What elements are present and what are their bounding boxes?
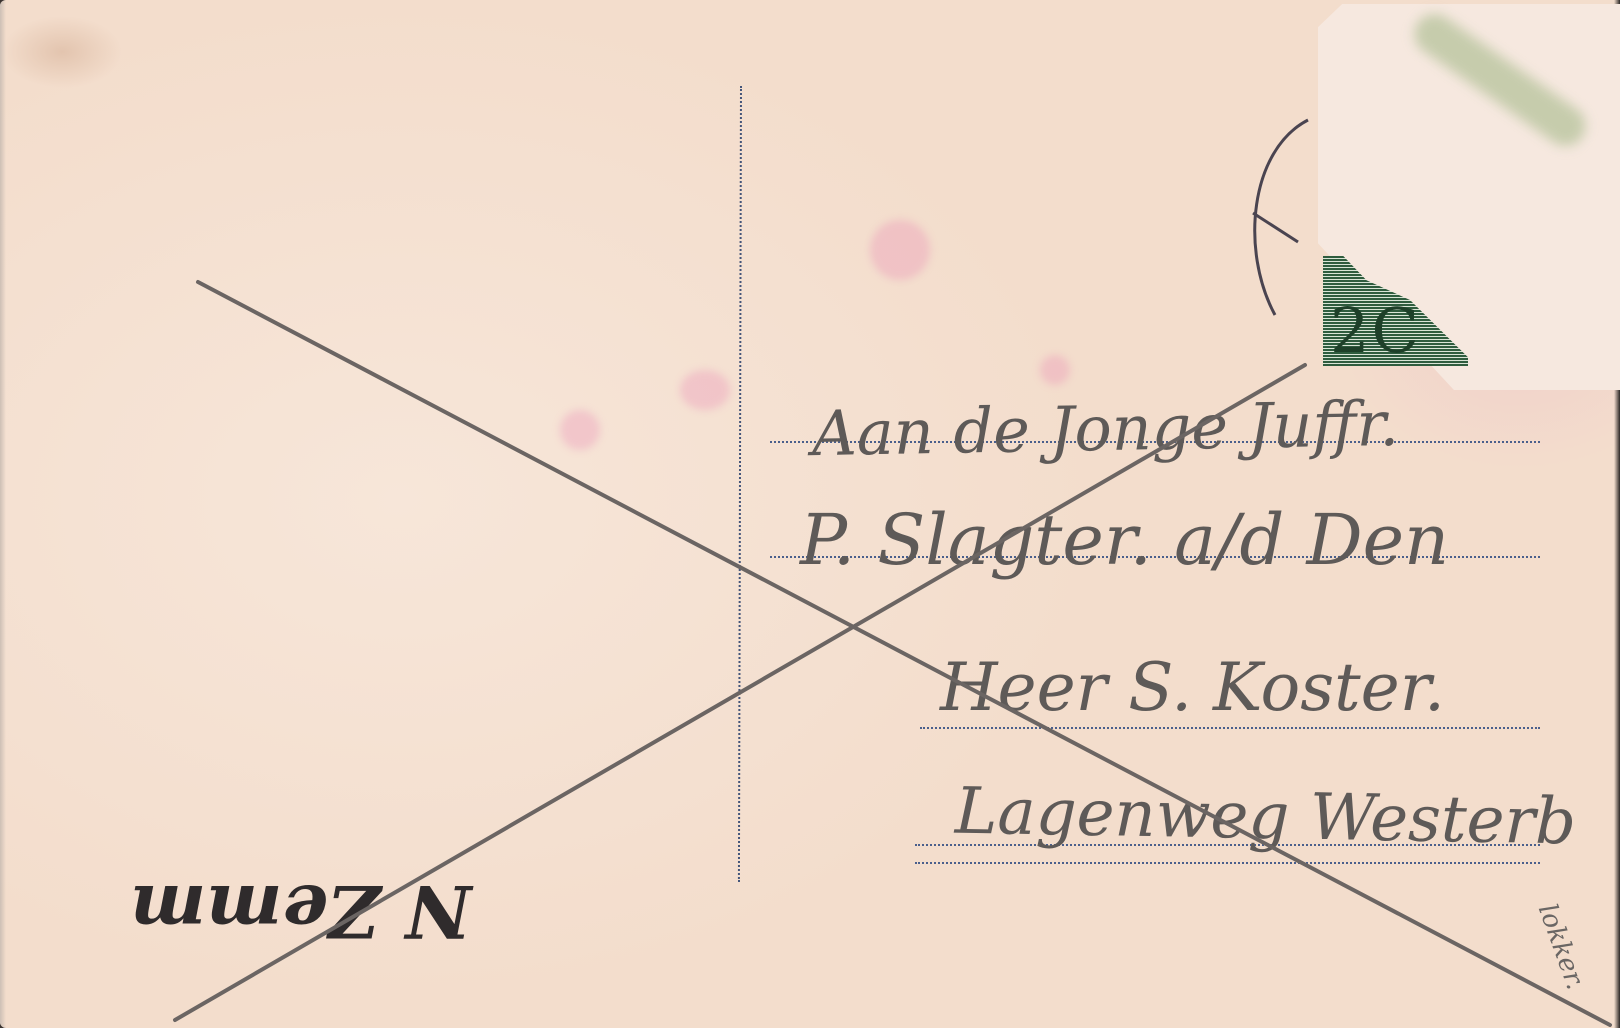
pink-ink-speck: [560, 410, 600, 450]
pink-ink-speck: [1040, 355, 1070, 385]
address-line-5: [915, 862, 1540, 864]
address-text-line-4: Lagenweg Westerb: [954, 780, 1576, 855]
postmark-icon: [1253, 120, 1308, 315]
center-divider-line: [738, 86, 742, 882]
address-text-tail: lokker.: [1532, 900, 1591, 994]
address-line-3: [920, 727, 1540, 729]
card-edge-left: [0, 0, 6, 1028]
postcard-back: 2C Aan de Jonge Juffr. P. Slagter. a/d D…: [0, 0, 1620, 1028]
pink-ink-speck: [680, 370, 730, 410]
sender-note-upside-down: N Zemm: [130, 875, 472, 947]
address-text-line-2: P. Slagter. a/d Den: [800, 505, 1449, 575]
stamp-value: 2C: [1330, 300, 1421, 362]
pink-ink-speck: [870, 220, 930, 280]
address-text-line-1: Aan de Jonge Juffr.: [812, 393, 1400, 465]
address-text-line-3: Heer S. Koster.: [940, 655, 1445, 721]
